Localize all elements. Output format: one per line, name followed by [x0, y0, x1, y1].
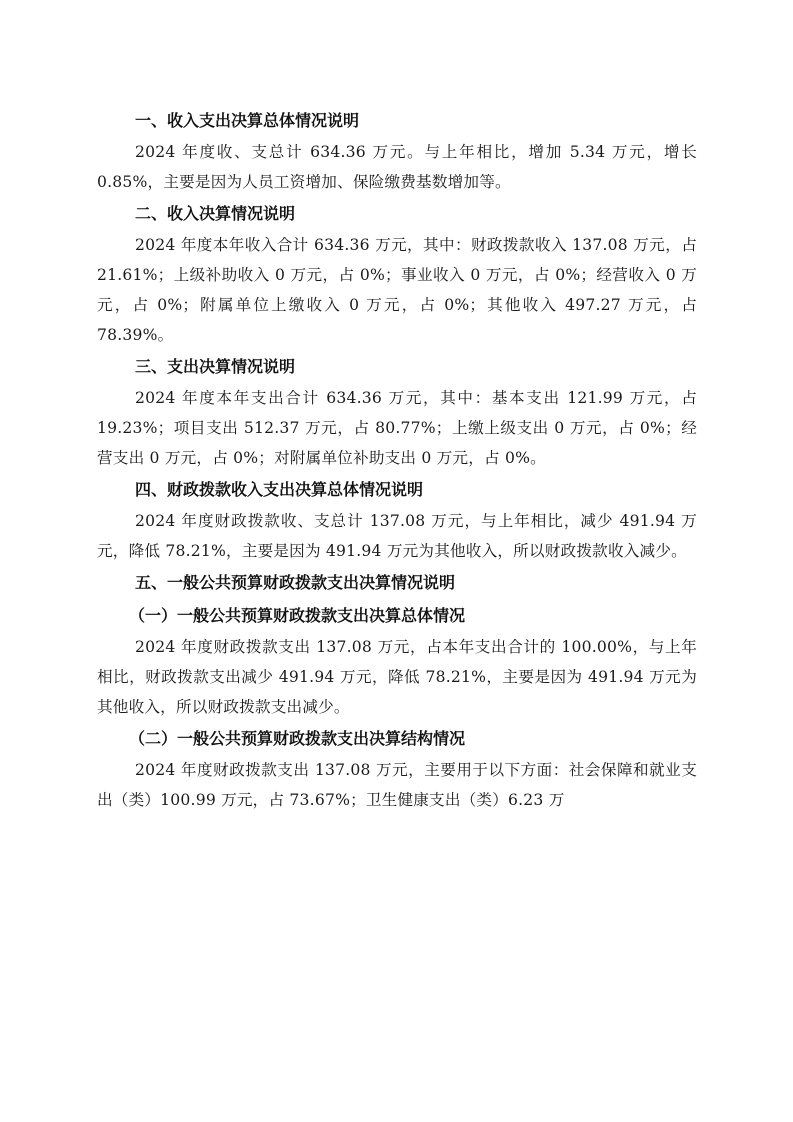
section-3-paragraph: 2024 年度本年支出合计 634.36 万元，其中：基本支出 121.99 万…: [97, 383, 697, 473]
section-4-heading: 四、财政拨款收入支出决算总体情况说明: [97, 473, 697, 506]
section-5-2-paragraph: 2024 年度财政拨款支出 137.08 万元，主要用于以下方面：社会保障和就业…: [97, 755, 697, 815]
section-2-heading: 二、收入决算情况说明: [97, 197, 697, 230]
section-5-2-heading: （二）一般公共预算财政拨款支出决算结构情况: [97, 722, 697, 755]
document-page: 一、收入支出决算总体情况说明 2024 年度收、支总计 634.36 万元。与上…: [97, 104, 697, 815]
section-2-paragraph: 2024 年度本年收入合计 634.36 万元，其中：财政拨款收入 137.08…: [97, 230, 697, 350]
section-3-heading: 三、支出决算情况说明: [97, 350, 697, 383]
section-4-paragraph: 2024 年度财政拨款收、支总计 137.08 万元，与上年相比，减少 491.…: [97, 506, 697, 566]
section-5-1-heading: （一）一般公共预算财政拨款支出决算总体情况: [97, 599, 697, 632]
section-1-heading: 一、收入支出决算总体情况说明: [97, 104, 697, 137]
section-5-1-paragraph: 2024 年度财政拨款支出 137.08 万元，占本年支出合计的 100.00%…: [97, 632, 697, 722]
section-5-heading: 五、一般公共预算财政拨款支出决算情况说明: [97, 566, 697, 599]
section-1-paragraph: 2024 年度收、支总计 634.36 万元。与上年相比，增加 5.34 万元，…: [97, 137, 697, 197]
